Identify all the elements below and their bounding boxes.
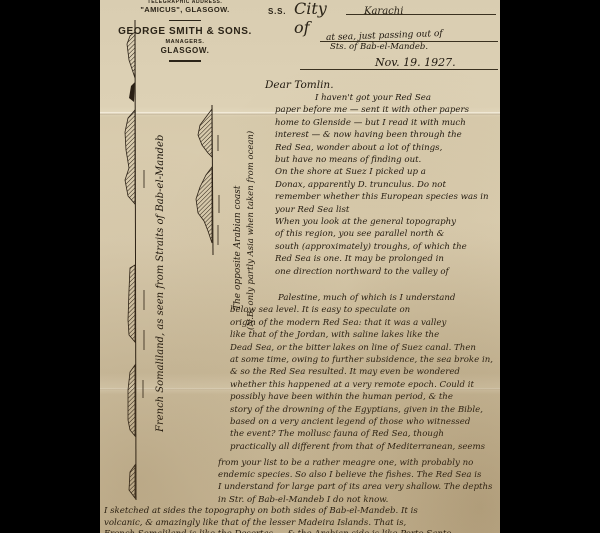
letter-page: TELEGRAPHIC ADDRESS. "AMICUS", GLASGOW. … — [100, 0, 500, 533]
letterhead-divider — [169, 20, 201, 21]
text-line: paper before me — sent it with other pap… — [275, 104, 497, 116]
ship-name-written: Karachi — [364, 6, 403, 17]
text-line: Red Sea is one. It may be prolonged in — [275, 253, 497, 265]
text-line: remember whether this European species w… — [275, 191, 497, 203]
paragraph-1: I haven't got your Red Sea paper before … — [275, 92, 497, 278]
text-line: one direction northward to the valley of — [275, 266, 497, 278]
text-line: below sea level. It is easy to speculate… — [230, 304, 498, 316]
letter-date: Nov. 19. 1927. — [375, 56, 456, 69]
text-line: & so the Red Sea resulted. It may even b… — [230, 366, 498, 378]
letterhead-divider — [169, 60, 201, 61]
text-line: of this region, you see parallel north & — [275, 228, 497, 240]
text-line: in Str. of Bab-el-Mandeb I do not know. — [218, 494, 498, 506]
text-line: whether this happened at a very remote e… — [230, 379, 498, 391]
text-line: possibly have been within the human peri… — [230, 391, 498, 403]
text-line: On the shore at Suez I picked up a — [275, 166, 497, 178]
text-line: the event? The mollusc fauna of Red Sea,… — [230, 428, 498, 440]
paragraph-2: Palestine, much of which is I understand… — [230, 292, 498, 453]
paragraph-3: from your list to be a rather meagre one… — [218, 457, 498, 506]
location-line-2: Sts. of Bab-el-Mandeb. — [330, 42, 428, 52]
margin-note-somaliland: French Somaliland, as seen from Straits … — [155, 135, 166, 432]
text-line: story of the drowning of the Egyptians, … — [230, 404, 498, 416]
ship-name-printed: City of — [294, 0, 327, 37]
text-line: south (approximately) troughs, of which … — [275, 241, 497, 253]
text-line: your Red Sea list — [275, 204, 497, 216]
text-line: from your list to be a rather meagre one… — [218, 457, 498, 469]
text-line: When you look at the general topography — [275, 216, 497, 228]
text-line: at some time, owing to further subsidenc… — [230, 354, 498, 366]
sketch-arabian-coastline — [188, 95, 224, 255]
text-line: but have no means of finding out. — [275, 154, 497, 166]
ship-prefix: S.S. — [268, 7, 286, 16]
text-line: Dead Sea, or the bitter lakes on line of… — [230, 342, 498, 354]
greeting: Dear Tomlin. — [265, 79, 334, 91]
text-line: origin of the modern Red Sea: that it wa… — [230, 317, 498, 329]
text-line: interest — & now having been through the — [275, 129, 497, 141]
text-line: I sketched at sides the topography on bo… — [104, 506, 500, 518]
paragraph-4: I sketched at sides the topography on bo… — [104, 506, 500, 533]
text-line: Donax, apparently D. trunculus. Do not — [275, 179, 497, 191]
ship-name-rule — [346, 14, 496, 15]
text-line: like that of the Jordan, with saline lak… — [230, 329, 498, 341]
text-line: based on a very ancient legend of those … — [230, 416, 498, 428]
text-line: practically all different from that of M… — [230, 441, 498, 453]
text-line: I understand for large part of its area … — [218, 481, 498, 493]
text-line: Red Sea, wonder about a lot of things, — [275, 142, 497, 154]
telegraphic-address: "AMICUS", GLASGOW. — [100, 5, 270, 14]
text-line: endemic species. So also I believe the f… — [218, 469, 498, 481]
date-rule — [300, 69, 498, 70]
text-line: home to Glenside — but I read it with mu… — [275, 117, 497, 129]
margin-note-arabia: The opposite Arabian coast — [233, 185, 243, 310]
text-line: Palestine, much of which is I understand — [230, 292, 498, 304]
sketch-somaliland-coastline — [120, 20, 150, 500]
margin-note-arabia-nb: (N.B. only partly Asia when taken from o… — [246, 131, 256, 330]
text-line: French Somaliland is like the Desertas —… — [104, 529, 500, 533]
text-line: volcanic, & amazingly like that of the l… — [104, 518, 500, 530]
text-line: I haven't got your Red Sea — [275, 92, 497, 104]
